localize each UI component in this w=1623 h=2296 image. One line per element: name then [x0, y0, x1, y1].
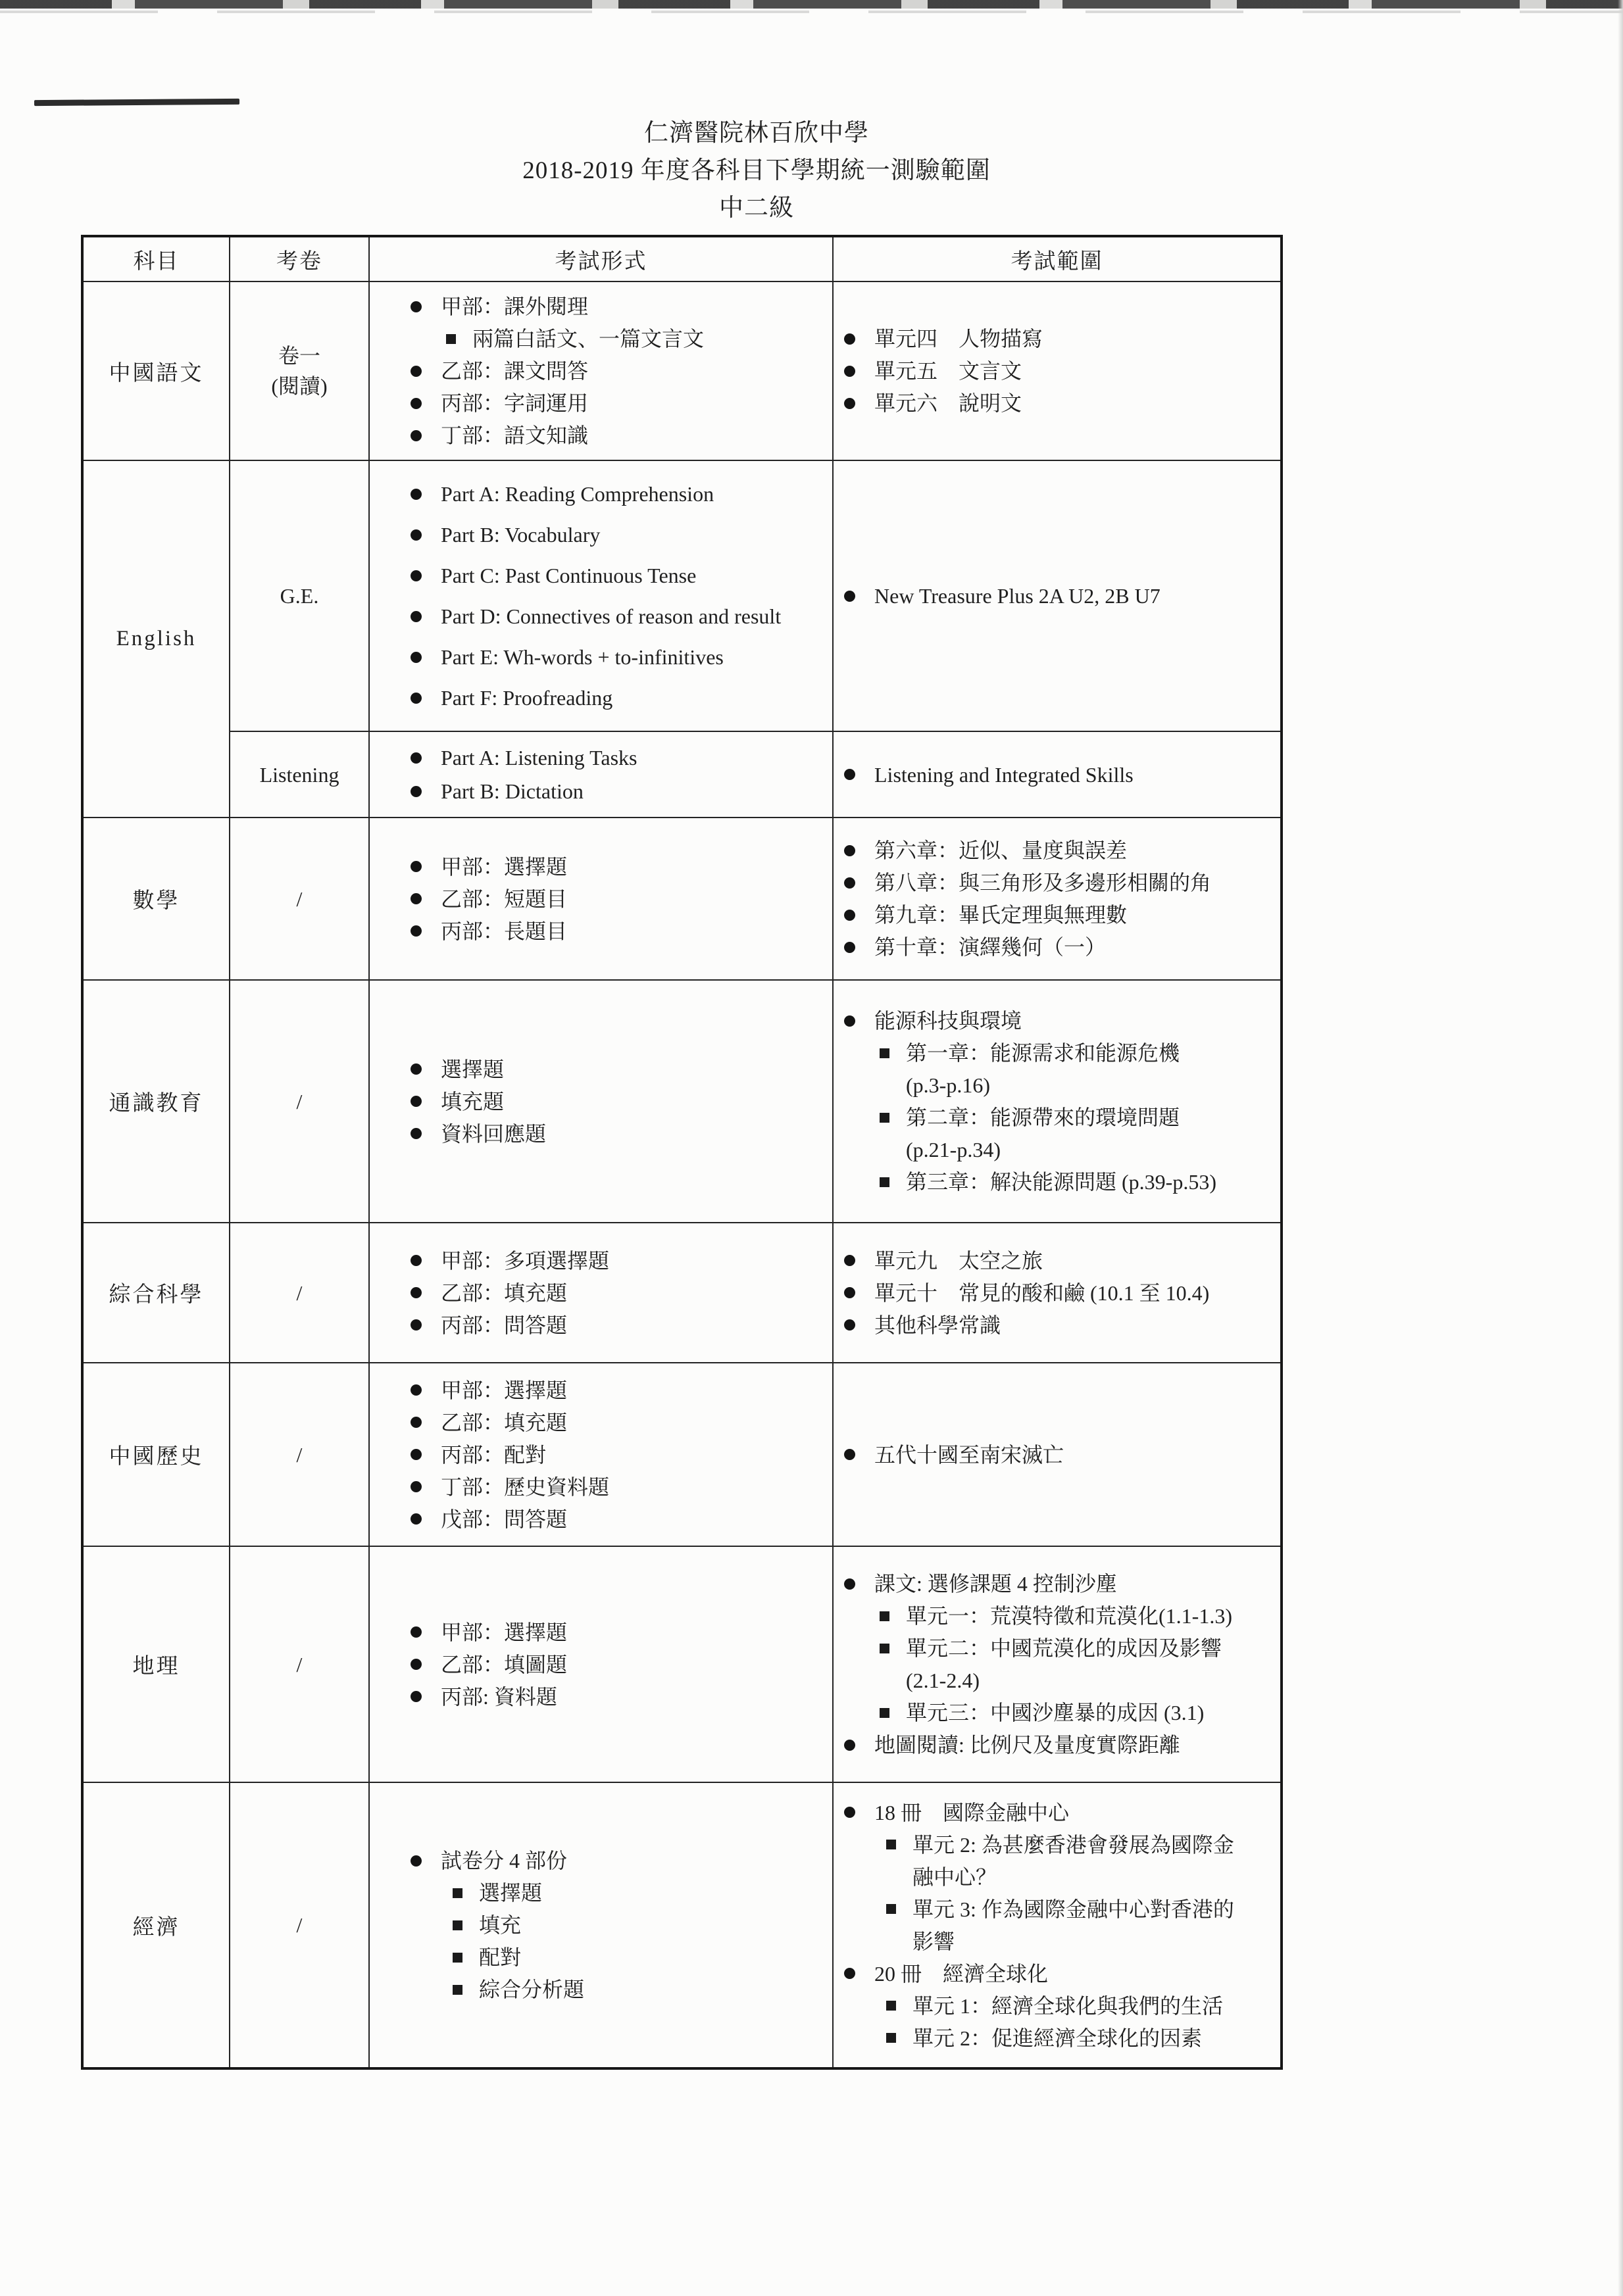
- paper-line: /: [230, 884, 368, 914]
- bullet-dot-icon: [844, 1319, 855, 1331]
- bullet-square-icon: [886, 2033, 896, 2043]
- list-item: 丙部：配對: [411, 1439, 827, 1471]
- list-item: 第二章：能源帶來的環境問題: [844, 1102, 1276, 1133]
- list-item-text: 單元二：中國荒漠化的成因及影響: [906, 1632, 1222, 1664]
- bullet-cell: [411, 1375, 441, 1406]
- exam-scope-cell: New Treasure Plus 2A U2, 2B U7: [833, 460, 1282, 731]
- list-item: 試卷分 4 部份: [411, 1845, 827, 1876]
- exam-scope-cell: 單元九 太空之旅單元十 常見的酸和鹼 (10.1 至 10.4)其他科學常識: [833, 1223, 1282, 1363]
- list-item: 戊部：問答題: [411, 1503, 827, 1535]
- paper-cell: G.E.: [230, 460, 369, 731]
- list-item: Part D: Connectives of reason and result: [411, 600, 827, 632]
- bullet-dot-icon: [411, 1255, 422, 1266]
- format-list: 甲部：選擇題乙部：短題目丙部：長題目: [411, 851, 827, 947]
- bullet-cell: [411, 742, 441, 773]
- format-list: 甲部：多項選擇題乙部：填充題丙部：問答題: [411, 1245, 827, 1341]
- list-item: 單元四 人物描寫: [844, 323, 1276, 354]
- exam-format-cell: 試卷分 4 部份選擇題填充配對綜合分析題: [369, 1782, 833, 2068]
- bullet-dot-icon: [411, 1626, 422, 1638]
- header-subject: 科目: [82, 236, 230, 281]
- bullet-square-icon: [880, 1644, 889, 1653]
- list-item-text: Part C: Past Continuous Tense: [441, 560, 696, 591]
- scope-list: 單元九 太空之旅單元十 常見的酸和鹼 (10.1 至 10.4)其他科學常識: [844, 1245, 1276, 1341]
- list-item-text: 單元 1：經濟全球化與我們的生活: [912, 1990, 1223, 2022]
- exam-scope-cell: Listening and Integrated Skills: [833, 731, 1282, 818]
- bullet-cell: [411, 1503, 441, 1535]
- list-item-text: 單元 2：促進經濟全球化的因素: [912, 2022, 1202, 2054]
- bullet-cell: [411, 291, 441, 322]
- bullet-cell: [411, 519, 441, 550]
- bullet-square-icon: [453, 1920, 462, 1930]
- table-row-math: 數學/甲部：選擇題乙部：短題目丙部：長題目第六章：近似、量度與誤差第八章：與三角…: [82, 818, 1282, 980]
- list-item-text: 單元 2: 為甚麼香港會發展為國際金: [912, 1829, 1234, 1861]
- bullet-square-icon: [886, 1904, 896, 1914]
- list-item-text: 選擇題: [479, 1877, 542, 1909]
- scan-artifact-top-edge-faint: [0, 11, 1623, 13]
- bullet-cell: [453, 1942, 479, 1973]
- bullet-dot-icon: [844, 942, 855, 953]
- list-item: 丙部：問答題: [411, 1309, 827, 1341]
- list-item-text: 融中心？: [912, 1861, 997, 1893]
- subject-cell: 中國語文: [82, 281, 230, 460]
- paper-line: 卷一: [230, 341, 368, 371]
- list-item: Listening and Integrated Skills: [844, 759, 1276, 791]
- exam-format-cell: 選擇題填充題資料回應題: [369, 980, 833, 1223]
- list-item-text: 丙部：字詞運用: [441, 387, 588, 419]
- list-item-text: 能源科技與環境: [874, 1005, 1022, 1037]
- list-item: 單元十 常見的酸和鹼 (10.1 至 10.4): [844, 1277, 1276, 1309]
- list-item-text: 配對: [479, 1942, 521, 1973]
- scope-list: 能源科技與環境第一章：能源需求和能源危機(p.3-p.16)第二章：能源帶來的環…: [844, 1005, 1276, 1198]
- table-row-chinese_history: 中國歷史/甲部：選擇題乙部：填充題丙部：配對丁部：歷史資料題戊部：問答題五代十國…: [82, 1363, 1282, 1546]
- table-row-liberal_studies: 通識教育/選擇題填充題資料回應題能源科技與環境第一章：能源需求和能源危機(p.3…: [82, 980, 1282, 1223]
- list-item-text: 兩篇白話文、一篇文言文: [472, 323, 704, 354]
- bullet-spacer: [880, 1069, 906, 1101]
- list-item-text: 丙部: 資料題: [441, 1681, 557, 1713]
- table-row-economics: 經濟/試卷分 4 部份選擇題填充配對綜合分析題18 冊 國際金融中心單元 2: …: [82, 1782, 1282, 2068]
- bullet-cell: [411, 1471, 441, 1503]
- list-item-text: 甲部：選擇題: [441, 851, 567, 883]
- paper-cell: 卷一(閱讀): [230, 281, 369, 460]
- list-item: 乙部：課文問答: [411, 355, 827, 387]
- list-item: 乙部：填圖題: [411, 1649, 827, 1680]
- list-item-text: 乙部：填充題: [441, 1277, 567, 1309]
- paper-line: /: [230, 1087, 368, 1117]
- bullet-cell: [411, 478, 441, 510]
- bullet-cell: [411, 1277, 441, 1309]
- list-item-text: 單元五 文言文: [874, 355, 1022, 387]
- exam-format-cell: 甲部：課外閱理兩篇白話文、一篇文言文乙部：課文問答丙部：字詞運用丁部：語文知識: [369, 281, 833, 460]
- list-item-text: 第三章：解決能源問題 (p.39-p.53): [906, 1166, 1216, 1198]
- bullet-cell: [453, 1909, 479, 1941]
- bullet-spacer: [880, 1134, 906, 1165]
- school-name: 仁濟醫院林百欣中學: [0, 114, 1513, 152]
- list-item: 單元三：中國沙塵暴的成因 (3.1): [844, 1697, 1276, 1728]
- paper-cell: /: [230, 1782, 369, 2068]
- list-item: 單元 1：經濟全球化與我們的生活: [844, 1990, 1276, 2022]
- list-item: 單元二：中國荒漠化的成因及影響: [844, 1632, 1276, 1664]
- paper-line: /: [230, 1440, 368, 1470]
- list-item: 乙部：填充題: [411, 1407, 827, 1438]
- list-item: 課文: 選修課題 4 控制沙塵: [844, 1568, 1276, 1600]
- bullet-dot-icon: [411, 570, 422, 581]
- list-item-text: 乙部：填充題: [441, 1407, 567, 1438]
- subject-cell: 通識教育: [82, 980, 230, 1223]
- bullet-cell: [844, 899, 874, 931]
- bullet-square-icon: [880, 1177, 889, 1187]
- list-item: Part A: Listening Tasks: [411, 742, 827, 773]
- bullet-cell: [844, 1958, 874, 1990]
- bullet-square-icon: [453, 1985, 462, 1995]
- bullet-dot-icon: [844, 591, 855, 602]
- bullet-square-icon: [453, 1888, 462, 1898]
- bullet-cell: [411, 1309, 441, 1341]
- bullet-cell: [844, 323, 874, 354]
- scope-list: 單元四 人物描寫單元五 文言文單元六 說明文: [844, 323, 1276, 419]
- bullet-square-icon: [880, 1708, 889, 1718]
- list-item: 融中心？: [844, 1861, 1276, 1893]
- bullet-cell: [880, 1600, 906, 1632]
- subject-cell: 地理: [82, 1546, 230, 1782]
- subject-cell: 數學: [82, 818, 230, 980]
- paper-line: Listening: [230, 760, 368, 790]
- table-row-english_ge: EnglishG.E.Part A: Reading Comprehension…: [82, 460, 1282, 731]
- list-item-text: 乙部：課文問答: [441, 355, 588, 387]
- table-row-geography: 地理/甲部：選擇題乙部：填圖題丙部: 資料題課文: 選修課題 4 控制沙塵單元一…: [82, 1546, 1282, 1782]
- exam-scope-cell: 第六章：近似、量度與誤差第八章：與三角形及多邊形相關的角第九章：畢氏定理與無理數…: [833, 818, 1282, 980]
- bullet-dot-icon: [844, 333, 855, 345]
- list-item: 甲部：選擇題: [411, 1617, 827, 1648]
- list-item: 單元九 太空之旅: [844, 1245, 1276, 1277]
- list-item: 甲部：多項選擇題: [411, 1245, 827, 1277]
- header-exam-format: 考試形式: [369, 236, 833, 281]
- format-list: Part A: Listening TasksPart B: Dictation: [411, 742, 827, 807]
- bullet-dot-icon: [411, 1417, 422, 1428]
- list-item: 單元六 說明文: [844, 387, 1276, 419]
- bullet-cell: [844, 931, 874, 963]
- list-item: 單元五 文言文: [844, 355, 1276, 387]
- bullet-cell: [411, 387, 441, 419]
- list-item: 第八章：與三角形及多邊形相關的角: [844, 867, 1276, 898]
- list-item-text: 填充: [479, 1909, 521, 1941]
- paper-cell: /: [230, 1363, 369, 1546]
- bullet-cell: [880, 1102, 906, 1133]
- list-item-text: Listening and Integrated Skills: [874, 759, 1134, 791]
- list-item: 配對: [411, 1942, 827, 1973]
- document-subtitle: 2018-2019 年度各科目下學期統一測驗範圍: [0, 152, 1513, 189]
- bullet-dot-icon: [411, 1481, 422, 1492]
- bullet-dot-icon: [844, 769, 855, 780]
- bullet-cell: [411, 600, 441, 632]
- paper-line: /: [230, 1649, 368, 1680]
- list-item-text: Part D: Connectives of reason and result: [441, 600, 781, 632]
- bullet-dot-icon: [844, 1449, 855, 1460]
- list-item-text: 第十章：演繹幾何（一）: [874, 931, 1106, 963]
- bullet-square-icon: [886, 2001, 896, 2011]
- bullet-dot-icon: [411, 1063, 422, 1075]
- list-item: 單元 3: 作為國際金融中心對香港的: [844, 1893, 1276, 1925]
- exam-scope-cell: 課文: 選修課題 4 控制沙塵單元一：荒漠特徵和荒漠化(1.1-1.3)單元二：…: [833, 1546, 1282, 1782]
- document-header: 仁濟醫院林百欣中學 2018-2019 年度各科目下學期統一測驗範圍 中二級: [0, 114, 1513, 227]
- list-item-text: Part B: Dictation: [441, 775, 584, 807]
- scope-list: 18 冊 國際金融中心單元 2: 為甚麼香港會發展為國際金融中心？單元 3: 作…: [844, 1797, 1276, 2054]
- bullet-cell: [886, 2022, 912, 2054]
- bullet-cell: [411, 883, 441, 915]
- list-item-text: Part B: Vocabulary: [441, 519, 600, 550]
- bullet-square-icon: [886, 1840, 896, 1849]
- bullet-square-icon: [446, 334, 456, 344]
- list-item: 單元一：荒漠特徵和荒漠化(1.1-1.3): [844, 1600, 1276, 1632]
- scope-list: 課文: 選修課題 4 控制沙塵單元一：荒漠特徵和荒漠化(1.1-1.3)單元二：…: [844, 1568, 1276, 1761]
- list-item: Part C: Past Continuous Tense: [411, 560, 827, 591]
- list-item-text: 乙部：短題目: [441, 883, 567, 915]
- bullet-dot-icon: [844, 366, 855, 377]
- list-item: 兩篇白話文、一篇文言文: [411, 323, 827, 354]
- paper-line: G.E.: [230, 581, 368, 611]
- paper-cell: /: [230, 980, 369, 1223]
- list-item: 第九章：畢氏定理與無理數: [844, 899, 1276, 931]
- scan-artifact-left-dash: [34, 99, 239, 106]
- bullet-spacer: [886, 1926, 912, 1957]
- scan-artifact-top-edge: [0, 0, 1623, 9]
- list-item-text: 甲部：選擇題: [441, 1617, 567, 1648]
- list-item: New Treasure Plus 2A U2, 2B U7: [844, 580, 1276, 612]
- bullet-cell: [411, 1118, 441, 1150]
- list-item-text: 單元三：中國沙塵暴的成因 (3.1): [906, 1697, 1204, 1728]
- list-item-text: 資料回應題: [441, 1118, 546, 1150]
- bullet-dot-icon: [411, 489, 422, 500]
- bullet-cell: [411, 641, 441, 673]
- list-item: 18 冊 國際金融中心: [844, 1797, 1276, 1828]
- bullet-cell: [411, 1617, 441, 1648]
- bullet-cell: [411, 420, 441, 451]
- bullet-cell: [411, 1845, 441, 1876]
- bullet-cell: [886, 1829, 912, 1861]
- list-item-text: 單元一：荒漠特徵和荒漠化(1.1-1.3): [906, 1600, 1232, 1632]
- list-item: 甲部：課外閱理: [411, 291, 827, 322]
- list-item-text: (2.1-2.4): [906, 1665, 980, 1696]
- list-item: 第六章：近似、量度與誤差: [844, 835, 1276, 866]
- bullet-cell: [844, 1245, 874, 1277]
- format-list: 甲部：課外閱理兩篇白話文、一篇文言文乙部：課文問答丙部：字詞運用丁部：語文知識: [411, 291, 827, 451]
- bullet-cell: [844, 835, 874, 866]
- paper-line: (閱讀): [230, 371, 368, 401]
- bullet-dot-icon: [411, 786, 422, 797]
- bullet-cell: [411, 682, 441, 714]
- list-item-text: 第二章：能源帶來的環境問題: [906, 1102, 1180, 1133]
- list-item-text: 選擇題: [441, 1054, 504, 1085]
- paper-line: /: [230, 1278, 368, 1308]
- bullet-cell: [411, 916, 441, 947]
- bullet-cell: [844, 1568, 874, 1600]
- exam-format-cell: 甲部：選擇題乙部：短題目丙部：長題目: [369, 818, 833, 980]
- header-exam-scope: 考試範圍: [833, 236, 1282, 281]
- list-item: 乙部：填充題: [411, 1277, 827, 1309]
- list-item: 乙部：短題目: [411, 883, 827, 915]
- bullet-cell: [411, 560, 441, 591]
- list-item-text: 甲部：多項選擇題: [441, 1245, 609, 1277]
- paper-line: /: [230, 1910, 368, 1940]
- bullet-square-icon: [880, 1611, 889, 1621]
- scope-list: 五代十國至南宋滅亡: [844, 1439, 1276, 1471]
- list-item-text: Part E: Wh-words + to-infinitives: [441, 641, 724, 673]
- bullet-cell: [411, 775, 441, 807]
- list-item: 單元 2：促進經濟全球化的因素: [844, 2022, 1276, 2054]
- bullet-dot-icon: [411, 1449, 422, 1460]
- bullet-dot-icon: [411, 1287, 422, 1298]
- list-item-text: 單元十 常見的酸和鹼 (10.1 至 10.4): [874, 1277, 1209, 1309]
- exam-format-cell: Part A: Reading ComprehensionPart B: Voc…: [369, 460, 833, 731]
- list-item-text: 填充題: [441, 1086, 504, 1117]
- bullet-cell: [411, 1245, 441, 1277]
- bullet-dot-icon: [411, 1691, 422, 1702]
- list-item-text: 丙部：長題目: [441, 916, 567, 947]
- list-item-text: 單元四 人物描寫: [874, 323, 1043, 354]
- list-item: 選擇題: [411, 1877, 827, 1909]
- bullet-dot-icon: [844, 1015, 855, 1027]
- list-item: (p.3-p.16): [844, 1069, 1276, 1101]
- bullet-square-icon: [453, 1953, 462, 1963]
- list-item-text: 20 冊 經濟全球化: [874, 1958, 1048, 1990]
- bullet-cell: [844, 1277, 874, 1309]
- list-item-text: 綜合分析題: [479, 1974, 584, 2005]
- bullet-cell: [411, 1681, 441, 1713]
- list-item: 綜合分析題: [411, 1974, 827, 2005]
- bullet-cell: [411, 1407, 441, 1438]
- subject-cell: English: [82, 460, 230, 818]
- bullet-dot-icon: [411, 301, 422, 312]
- bullet-dot-icon: [844, 1255, 855, 1266]
- bullet-dot-icon: [411, 1384, 422, 1396]
- bullet-cell: [844, 580, 874, 612]
- list-item: 選擇題: [411, 1054, 827, 1085]
- bullet-cell: [453, 1974, 479, 2005]
- table-row-english_listening: ListeningPart A: Listening TasksPart B: …: [82, 731, 1282, 818]
- bullet-dot-icon: [411, 1513, 422, 1525]
- bullet-dot-icon: [844, 1807, 855, 1818]
- list-item-text: (p.3-p.16): [906, 1069, 990, 1101]
- bullet-cell: [844, 759, 874, 791]
- bullet-cell: [411, 355, 441, 387]
- exam-scope-cell: 18 冊 國際金融中心單元 2: 為甚麼香港會發展為國際金融中心？單元 3: 作…: [833, 1782, 1282, 2068]
- exam-format-cell: 甲部：多項選擇題乙部：填充題丙部：問答題: [369, 1223, 833, 1363]
- list-item: Part F: Proofreading: [411, 682, 827, 714]
- bullet-dot-icon: [411, 366, 422, 377]
- format-list: 甲部：選擇題乙部：填圖題丙部: 資料題: [411, 1617, 827, 1713]
- bullet-cell: [844, 1309, 874, 1341]
- list-item-text: 課文: 選修課題 4 控制沙塵: [874, 1568, 1117, 1600]
- bullet-dot-icon: [844, 1287, 855, 1298]
- list-item-text: 丙部：問答題: [441, 1309, 567, 1341]
- table-row-chinese: 中國語文卷一(閱讀)甲部：課外閱理兩篇白話文、一篇文言文乙部：課文問答丙部：字詞…: [82, 281, 1282, 460]
- bullet-cell: [844, 867, 874, 898]
- list-item: 第三章：解決能源問題 (p.39-p.53): [844, 1166, 1276, 1198]
- format-list: 選擇題填充題資料回應題: [411, 1054, 827, 1150]
- list-item: 其他科學常識: [844, 1309, 1276, 1341]
- format-list: Part A: Reading ComprehensionPart B: Voc…: [411, 478, 827, 714]
- paper-cell: /: [230, 818, 369, 980]
- list-item: 丁部：語文知識: [411, 420, 827, 451]
- list-item: 丙部：字詞運用: [411, 387, 827, 419]
- list-item-text: 甲部：課外閱理: [441, 291, 588, 322]
- bullet-cell: [844, 387, 874, 419]
- list-item-text: 第一章：能源需求和能源危機: [906, 1037, 1180, 1069]
- list-item: (2.1-2.4): [844, 1665, 1276, 1696]
- list-item-text: 丙部：配對: [441, 1439, 546, 1471]
- list-item-text: 甲部：選擇題: [441, 1375, 567, 1406]
- scope-list: New Treasure Plus 2A U2, 2B U7: [844, 580, 1276, 612]
- bullet-cell: [880, 1632, 906, 1664]
- list-item: 資料回應題: [411, 1118, 827, 1150]
- bullet-dot-icon: [411, 752, 422, 764]
- bullet-dot-icon: [411, 1128, 422, 1139]
- bullet-cell: [844, 355, 874, 387]
- bullet-dot-icon: [411, 925, 422, 937]
- header-paper: 考卷: [230, 236, 369, 281]
- list-item-text: 其他科學常識: [874, 1309, 1001, 1341]
- list-item-text: 第六章：近似、量度與誤差: [874, 835, 1127, 866]
- format-list: 甲部：選擇題乙部：填充題丙部：配對丁部：歷史資料題戊部：問答題: [411, 1375, 827, 1535]
- list-item: Part A: Reading Comprehension: [411, 478, 827, 510]
- subject-cell: 經濟: [82, 1782, 230, 2068]
- bullet-cell: [844, 1729, 874, 1761]
- bullet-dot-icon: [411, 529, 422, 541]
- bullet-dot-icon: [844, 398, 855, 409]
- list-item-text: 戊部：問答題: [441, 1503, 567, 1535]
- list-item: 單元 2: 為甚麼香港會發展為國際金: [844, 1829, 1276, 1861]
- subject-cell: 綜合科學: [82, 1223, 230, 1363]
- table-header-row: 科目 考卷 考試形式 考試範圍: [82, 236, 1282, 281]
- list-item: Part E: Wh-words + to-infinitives: [411, 641, 827, 673]
- bullet-dot-icon: [844, 1578, 855, 1590]
- list-item-text: Part F: Proofreading: [441, 682, 612, 714]
- list-item: (p.21-p.34): [844, 1134, 1276, 1165]
- list-item-text: 第九章：畢氏定理與無理數: [874, 899, 1127, 931]
- paper-cell: /: [230, 1546, 369, 1782]
- bullet-spacer: [880, 1665, 906, 1696]
- bullet-dot-icon: [411, 861, 422, 872]
- grade-level: 中二級: [0, 189, 1513, 227]
- exam-scope-cell: 能源科技與環境第一章：能源需求和能源危機(p.3-p.16)第二章：能源帶來的環…: [833, 980, 1282, 1223]
- list-item-text: 單元九 太空之旅: [874, 1245, 1043, 1277]
- bullet-cell: [844, 1797, 874, 1828]
- list-item: 影響: [844, 1926, 1276, 1957]
- bullet-cell: [411, 1086, 441, 1117]
- list-item: 能源科技與環境: [844, 1005, 1276, 1037]
- bullet-dot-icon: [411, 1096, 422, 1107]
- bullet-dot-icon: [411, 398, 422, 409]
- format-list: 試卷分 4 部份選擇題填充配對綜合分析題: [411, 1845, 827, 2005]
- exam-format-cell: 甲部：選擇題乙部：填圖題丙部: 資料題: [369, 1546, 833, 1782]
- list-item-text: 丁部：語文知識: [441, 420, 588, 451]
- list-item: Part B: Vocabulary: [411, 519, 827, 550]
- bullet-cell: [880, 1166, 906, 1198]
- bullet-square-icon: [880, 1113, 889, 1123]
- bullet-dot-icon: [411, 1855, 422, 1867]
- bullet-dot-icon: [411, 893, 422, 904]
- bullet-cell: [844, 1005, 874, 1037]
- list-item-text: 單元 3: 作為國際金融中心對香港的: [912, 1893, 1234, 1925]
- bullet-cell: [411, 1439, 441, 1471]
- bullet-dot-icon: [844, 845, 855, 856]
- list-item-text: 影響: [912, 1926, 955, 1957]
- subject-cell: 中國歷史: [82, 1363, 230, 1546]
- exam-scope-cell: 單元四 人物描寫單元五 文言文單元六 說明文: [833, 281, 1282, 460]
- bullet-square-icon: [880, 1048, 889, 1058]
- bullet-dot-icon: [844, 910, 855, 921]
- list-item: 地圖閱讀: 比例尺及量度實際距離: [844, 1729, 1276, 1761]
- list-item-text: Part A: Reading Comprehension: [441, 478, 714, 510]
